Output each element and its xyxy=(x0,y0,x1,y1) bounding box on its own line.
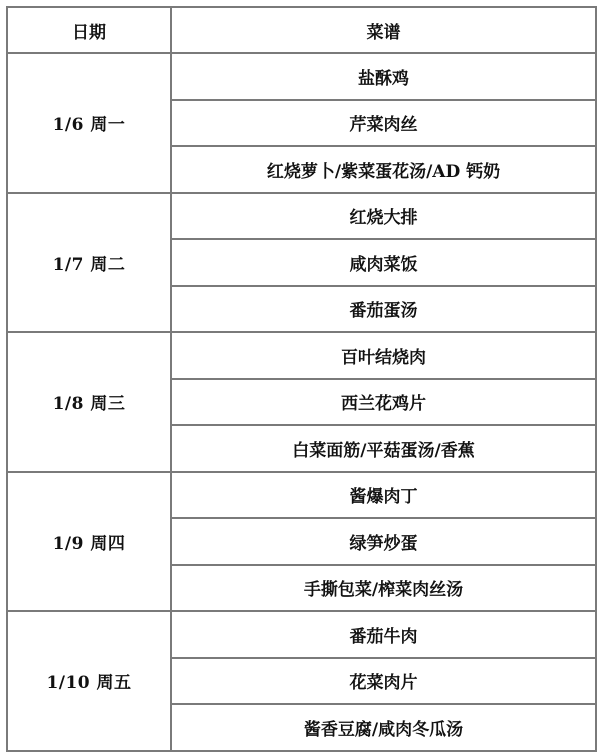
date-cell: 1/8 周三 xyxy=(7,332,171,472)
dish-cell: 盐酥鸡 xyxy=(171,53,596,100)
dish-cell: 番茄牛肉 xyxy=(171,611,596,658)
dish-cell: 西兰花鸡片 xyxy=(171,379,596,426)
date-cell: 1/9 周四 xyxy=(7,472,171,612)
table-row: 1/6 周一 盐酥鸡 xyxy=(7,53,596,100)
header-date: 日期 xyxy=(7,7,171,53)
dish-cell: 咸肉菜饭 xyxy=(171,239,596,286)
menu-table-container: 日期 菜谱 1/6 周一 盐酥鸡 芹菜肉丝 红烧萝卜/紫菜蛋花汤/AD 钙奶 1… xyxy=(6,6,597,752)
dish-cell: 番茄蛋汤 xyxy=(171,286,596,333)
dish-cell: 花菜肉片 xyxy=(171,658,596,705)
dish-cell: 红烧大排 xyxy=(171,193,596,240)
header-row: 日期 菜谱 xyxy=(7,7,596,53)
weekly-menu-table: 日期 菜谱 1/6 周一 盐酥鸡 芹菜肉丝 红烧萝卜/紫菜蛋花汤/AD 钙奶 1… xyxy=(6,6,597,752)
dish-cell: 白菜面筋/平菇蛋汤/香蕉 xyxy=(171,425,596,472)
dish-cell: 百叶结烧肉 xyxy=(171,332,596,379)
header-menu: 菜谱 xyxy=(171,7,596,53)
dish-cell: 芹菜肉丝 xyxy=(171,100,596,147)
table-row: 1/8 周三 百叶结烧肉 xyxy=(7,332,596,379)
dish-cell: 酱爆肉丁 xyxy=(171,472,596,519)
dish-cell: 红烧萝卜/紫菜蛋花汤/AD 钙奶 xyxy=(171,146,596,193)
date-cell: 1/10 周五 xyxy=(7,611,171,751)
date-cell: 1/6 周一 xyxy=(7,53,171,193)
dish-cell: 绿笋炒蛋 xyxy=(171,518,596,565)
dish-cell: 手撕包菜/榨菜肉丝汤 xyxy=(171,565,596,612)
table-row: 1/10 周五 番茄牛肉 xyxy=(7,611,596,658)
table-row: 1/7 周二 红烧大排 xyxy=(7,193,596,240)
dish-cell: 酱香豆腐/咸肉冬瓜汤 xyxy=(171,704,596,751)
table-row: 1/9 周四 酱爆肉丁 xyxy=(7,472,596,519)
date-cell: 1/7 周二 xyxy=(7,193,171,333)
